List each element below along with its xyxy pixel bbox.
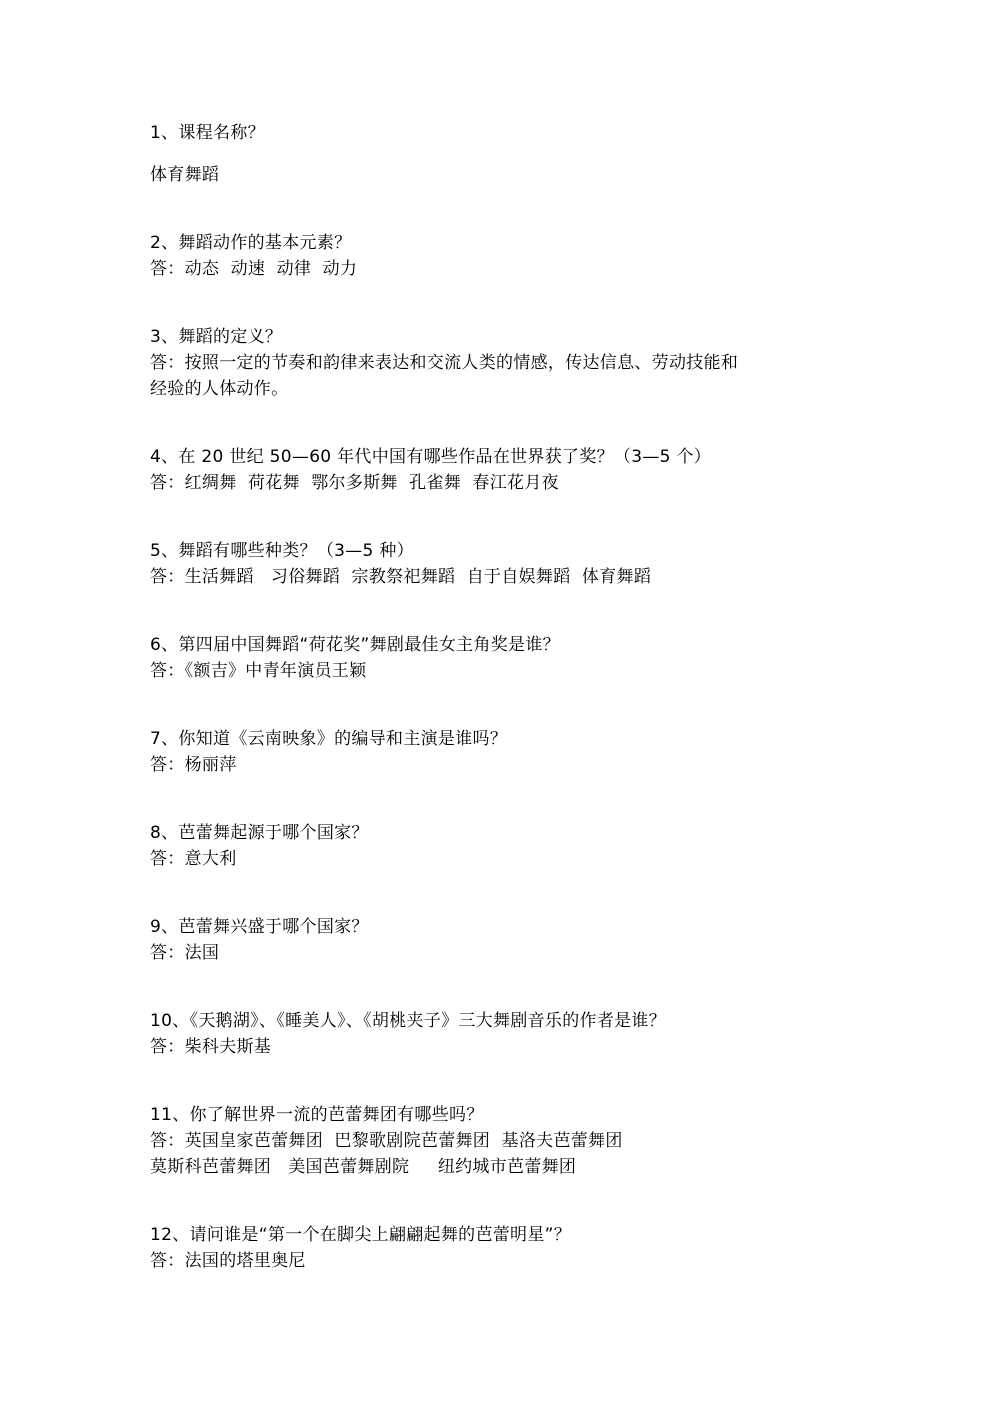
question-8: 8、芭蕾舞起源于哪个国家？ xyxy=(150,822,369,844)
answer-2-line-1: 答：动态 动速 动律 动力 xyxy=(150,258,357,280)
answer-10-line-1: 答：柴科夫斯基 xyxy=(150,1036,271,1058)
question-4: 4、在 20 世纪 50—60 年代中国有哪些作品在世界获了奖？（3—5 个） xyxy=(150,446,711,468)
question-3: 3、舞蹈的定义？ xyxy=(150,326,282,348)
question-5: 5、舞蹈有哪些种类？（3—5 种） xyxy=(150,540,414,562)
answer-1-line-1: 体育舞蹈 xyxy=(150,164,219,186)
answer-11-line-1: 答：英国皇家芭蕾舞团 巴黎歌剧院芭蕾舞团 基洛夫芭蕾舞团 xyxy=(150,1130,623,1152)
question-1: 1、课程名称？ xyxy=(150,122,265,144)
question-2: 2、舞蹈动作的基本元素？ xyxy=(150,232,351,254)
question-9: 9、芭蕾舞兴盛于哪个国家？ xyxy=(150,916,369,938)
answer-7-line-1: 答：杨丽萍 xyxy=(150,754,237,776)
question-6: 6、第四届中国舞蹈“荷花奖”舞剧最佳女主角奖是谁？ xyxy=(150,634,560,656)
answer-4-line-1: 答：红绸舞 荷花舞 鄂尔多斯舞 孔雀舞 春江花月夜 xyxy=(150,472,559,494)
question-12: 12、请问谁是“第一个在脚尖上翩翩起舞的芭蕾明星”？ xyxy=(150,1224,571,1246)
answer-11-line-2: 莫斯科芭蕾舞团 美国芭蕾舞剧院 纽约城市芭蕾舞团 xyxy=(150,1156,576,1178)
answer-12-line-1: 答：法国的塔里奥尼 xyxy=(150,1250,306,1272)
question-11: 11、你了解世界一流的芭蕾舞团有哪些吗？ xyxy=(150,1104,484,1126)
answer-6-line-1: 答：《额吉》中青年演员王颖 xyxy=(150,660,366,682)
question-7: 7、你知道《云南映象》的编导和主演是谁吗？ xyxy=(150,728,507,750)
question-10: 10、《天鹅湖》、《睡美人》、《胡桃夹子》三大舞剧音乐的作者是谁？ xyxy=(150,1010,666,1032)
answer-8-line-1: 答：意大利 xyxy=(150,848,237,870)
answer-3-line-2: 经验的人体动作。 xyxy=(150,378,288,400)
answer-9-line-1: 答：法国 xyxy=(150,942,219,964)
answer-3-line-1: 答：按照一定的节奏和韵律来表达和交流人类的情感，传达信息、劳动技能和 xyxy=(150,352,738,374)
document-page: 1、课程名称？ 体育舞蹈 2、舞蹈动作的基本元素？ 答：动态 动速 动律 动力 … xyxy=(0,0,993,1404)
answer-5-line-1: 答：生活舞蹈 习俗舞蹈 宗教祭祀舞蹈 自于自娱舞蹈 体育舞蹈 xyxy=(150,566,651,588)
